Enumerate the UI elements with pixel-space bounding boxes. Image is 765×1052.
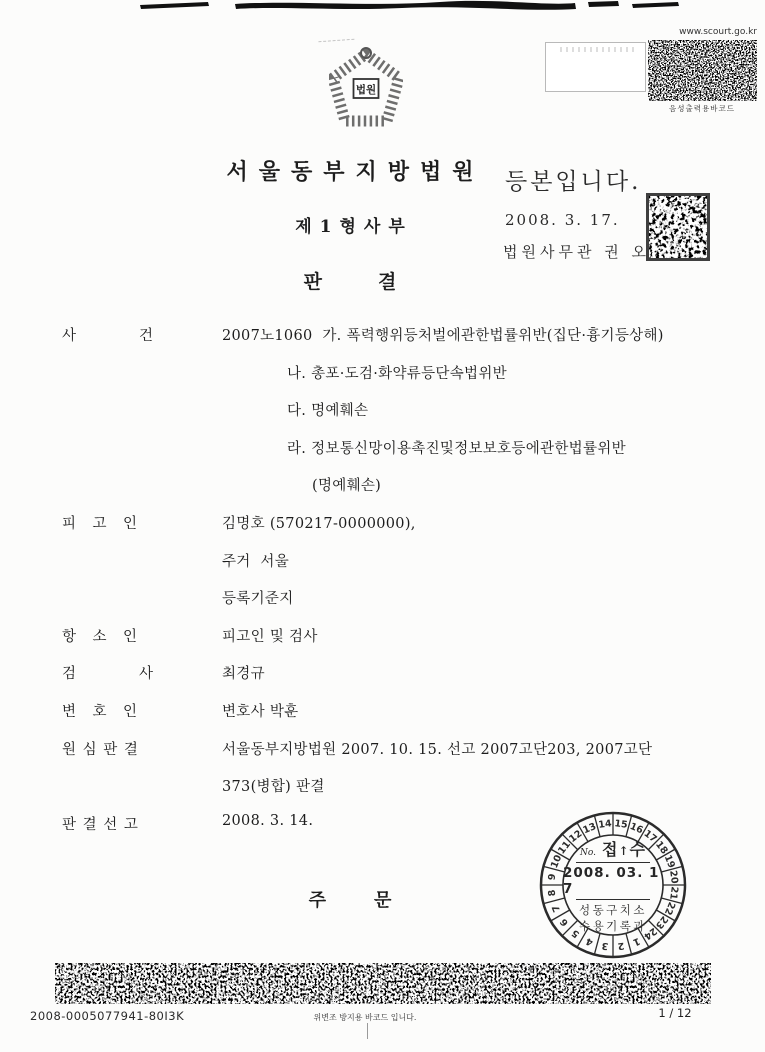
row-value: 2007노1060 가. 폭력행위등처벌에관한법률위반(집단·흉기등상해) bbox=[222, 324, 664, 345]
row-label: 피 고 인 bbox=[62, 512, 138, 533]
svg-text:2: 2 bbox=[617, 940, 625, 952]
row-value: 라. 정보통신망이용촉진및정보보호등에관한법률위반 bbox=[287, 437, 626, 458]
row-value: 다. 명예훼손 bbox=[287, 399, 368, 420]
case-row: 다. 명예훼손 bbox=[0, 399, 765, 437]
voice-output-barcode bbox=[648, 40, 757, 101]
stamp-title-left: 접 bbox=[602, 840, 618, 859]
receipt-stamp-inner: No. 접↑수 2008. 03. 1 7 성동구치소 수용기록과 bbox=[563, 835, 663, 935]
pencil-smudge-mark bbox=[318, 27, 355, 42]
case-row: 나. 총포·도검·화약류등단속법위반 bbox=[0, 362, 765, 400]
row-label: 변 호 인 bbox=[62, 700, 138, 721]
svg-text:20: 20 bbox=[667, 870, 680, 885]
barcode-caption: 위변조 방지용 바코드 입니다. bbox=[280, 1012, 450, 1023]
document-number: 2008-0005077941-80I3K bbox=[30, 1009, 184, 1023]
svg-text:9: 9 bbox=[547, 873, 559, 881]
svg-text:1: 1 bbox=[631, 935, 641, 948]
case-row: 변 호 인변호사 박훈 bbox=[0, 700, 765, 738]
case-row: 검 사최경규 bbox=[0, 662, 765, 700]
stamp-date: 2008. 03. 1 7 bbox=[563, 865, 663, 897]
row-value: 373(병합) 판결 bbox=[222, 775, 325, 796]
scan-artifact-line bbox=[367, 1023, 368, 1039]
svg-text:7: 7 bbox=[550, 903, 563, 913]
faint-print-text bbox=[560, 47, 635, 52]
case-row: 사 건2007노1060 가. 폭력행위등처벌에관한법률위반(집단·흉기등상해) bbox=[0, 324, 765, 362]
case-info-section: 사 건2007노1060 가. 폭력행위등처벌에관한법률위반(집단·흉기등상해)… bbox=[0, 324, 765, 850]
scanned-judgment-page: 법원 www.scourt.go.kr 음성출력용바코드 서울동부지방법원 제1… bbox=[0, 0, 765, 1052]
case-row: (명예훼손) bbox=[0, 474, 765, 512]
stamp-title-right: 수 bbox=[630, 840, 646, 859]
emblem-center-label: 법원 bbox=[356, 83, 376, 96]
stamp-divider bbox=[576, 862, 650, 863]
stamp-receipt-title: 접↑수 bbox=[602, 837, 646, 860]
case-row: 주거 서울 bbox=[0, 550, 765, 588]
address-label-box bbox=[545, 42, 646, 92]
clerk-square-seal bbox=[646, 193, 710, 261]
division-title: 제1형사부 bbox=[160, 212, 540, 237]
row-value: 2008. 3. 14. bbox=[222, 813, 313, 829]
page-indicator: 1 / 12 bbox=[645, 1006, 705, 1020]
order-heading-right-char: 문 bbox=[374, 886, 391, 912]
case-row: 등록기준지 bbox=[0, 587, 765, 625]
svg-text:4: 4 bbox=[584, 935, 595, 948]
certified-copy-note: 등본입니다. bbox=[505, 163, 641, 196]
row-label: 사 건 bbox=[62, 324, 154, 345]
row-label: 판 결 선 고 bbox=[62, 813, 139, 834]
case-row: 항 소 인피고인 및 검사 bbox=[0, 625, 765, 663]
document-type-title: 판 결 bbox=[160, 267, 540, 294]
court-clerk-name: 법원사무관 권 오 bbox=[503, 241, 650, 262]
stamp-org-line2: 수용기록과 bbox=[579, 918, 647, 934]
case-row: 373(병합) 판결 bbox=[0, 775, 765, 813]
row-value: 최경규 bbox=[222, 662, 265, 683]
row-value: 나. 총포·도검·화약류등단속법위반 bbox=[287, 362, 507, 383]
case-row: 원 심 판 결서울동부지방법원 2007. 10. 15. 선고 2007고단2… bbox=[0, 738, 765, 776]
row-value: 등록기준지 bbox=[222, 587, 294, 608]
svg-text:8: 8 bbox=[547, 889, 559, 897]
svg-text:6: 6 bbox=[558, 916, 571, 928]
row-label: 항 소 인 bbox=[62, 625, 138, 646]
row-value: (명예훼손) bbox=[312, 474, 381, 495]
detention-center-receipt-stamp: 123456789101112131415161718192021222324 … bbox=[538, 810, 688, 960]
svg-text:21: 21 bbox=[667, 886, 680, 901]
row-value: 김명호 (570217-0000000), bbox=[222, 512, 416, 533]
certification-date: 2008. 3. 17. bbox=[505, 211, 620, 229]
row-value: 주거 서울 bbox=[222, 550, 289, 571]
doc-type-right-char: 결 bbox=[378, 267, 396, 294]
court-website-url: www.scourt.go.kr bbox=[645, 27, 757, 37]
voice-barcode-caption: 음성출력용바코드 bbox=[646, 103, 758, 114]
order-heading-left-char: 주 bbox=[309, 886, 326, 912]
svg-text:15: 15 bbox=[614, 818, 629, 831]
stamp-org-line1: 성동구치소 bbox=[579, 902, 647, 918]
row-label: 검 사 bbox=[62, 662, 154, 683]
stamp-divider bbox=[576, 899, 650, 900]
court-name-title: 서울동부지방법원 bbox=[160, 155, 540, 186]
svg-text:14: 14 bbox=[598, 818, 613, 831]
court-emblem: 법원 bbox=[329, 46, 403, 128]
row-value: 피고인 및 검사 bbox=[222, 625, 318, 646]
row-value: 변호사 박훈 bbox=[222, 700, 298, 721]
doc-type-left-char: 판 bbox=[304, 267, 322, 294]
anti-forgery-barcode bbox=[55, 963, 711, 1004]
stamp-no-label: No. bbox=[580, 848, 596, 858]
scan-artifact-marks bbox=[140, 0, 700, 20]
row-label: 원 심 판 결 bbox=[62, 738, 139, 759]
svg-text:19: 19 bbox=[662, 853, 677, 869]
row-value: 서울동부지방법원 2007. 10. 15. 선고 2007고단203, 200… bbox=[222, 738, 652, 759]
case-row: 라. 정보통신망이용촉진및정보보호등에관한법률위반 bbox=[0, 437, 765, 475]
svg-text:13: 13 bbox=[581, 821, 597, 836]
up-arrow-icon: ↑ bbox=[618, 844, 629, 858]
case-row: 피 고 인김명호 (570217-0000000), bbox=[0, 512, 765, 550]
order-section-heading: 주 문 bbox=[160, 886, 540, 912]
svg-text:3: 3 bbox=[601, 940, 609, 952]
